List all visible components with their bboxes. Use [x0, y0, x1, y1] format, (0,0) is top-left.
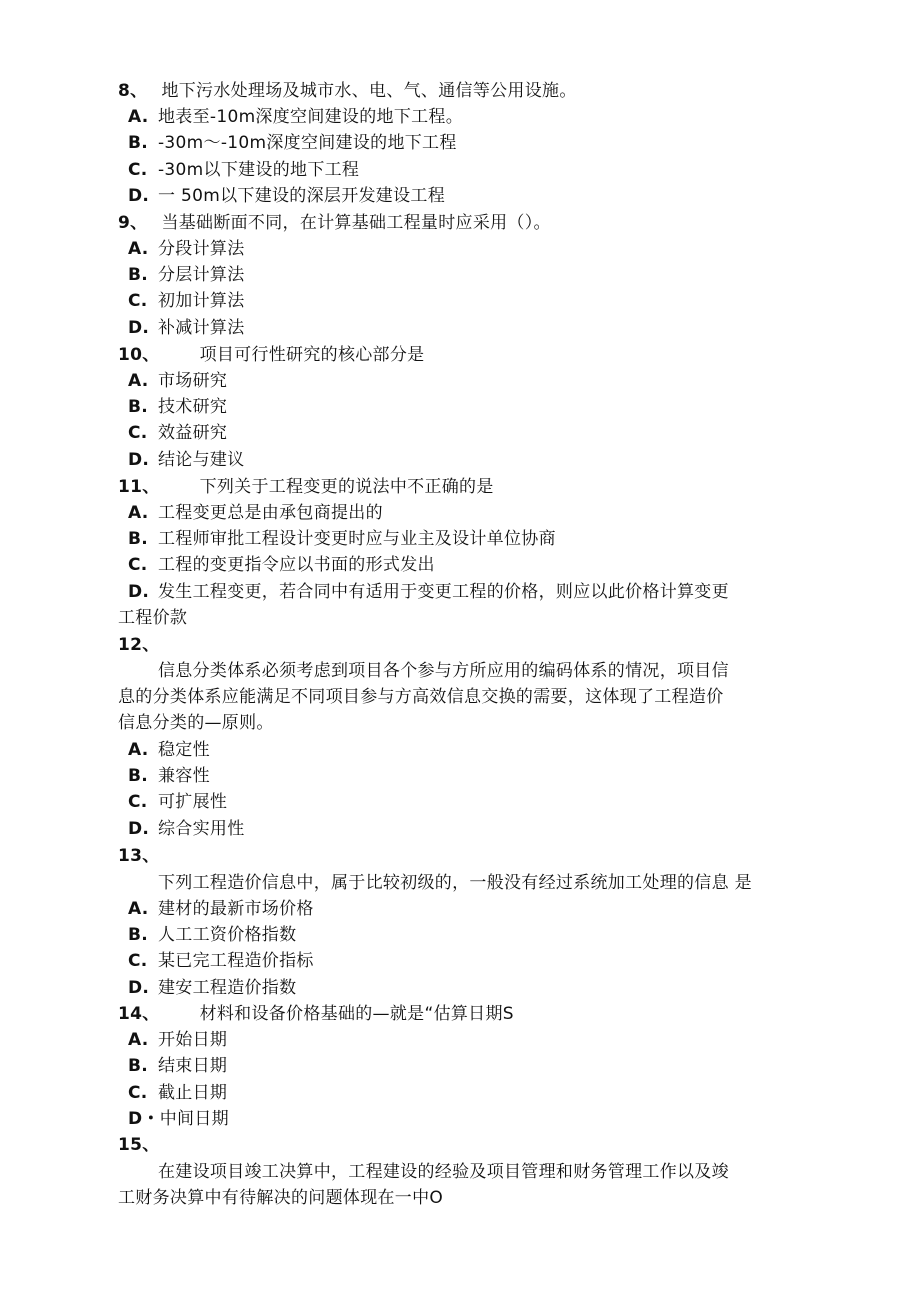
option-text: 效益研究: [158, 423, 227, 443]
option-text: 发生工程变更，若合同中有适用于变更工程的价格，则应以此价格计算变更: [158, 582, 729, 602]
option-text: 初加计算法: [158, 291, 245, 311]
question-text: 材料和设备价格基础的—就是“估算日期S: [200, 1004, 514, 1024]
option-11c: C.工程的变更指令应以书面的形式发出: [128, 552, 435, 578]
option-8a: A.地表至-10m深度空间建设的地下工程。: [128, 104, 463, 130]
question-12-stem-line-1: 信息分类体系必须考虑到项目各个参与方所应用的编码体系的情况，项目信: [158, 658, 729, 684]
question-15-stem-line-2: 工财务决算中有待解决的问题体现在一中O: [118, 1185, 443, 1211]
question-11-stem: 11、下列关于工程变更的说法中不正确的是: [118, 474, 494, 500]
option-label: B.: [128, 526, 158, 552]
option-label: D・: [128, 1106, 160, 1132]
option-text: 人工工资价格指数: [158, 925, 296, 945]
question-text: 项目可行性研究的核心部分是: [200, 345, 425, 365]
option-label: D.: [128, 183, 158, 209]
option-label: D.: [128, 975, 158, 1001]
option-9d: D.补减计算法: [128, 315, 245, 341]
option-12b: B.兼容性: [128, 763, 210, 789]
option-label: C.: [128, 948, 158, 974]
document-page: 8、地下污水处理场及城市水、电、气、通信等公用设施。 A.地表至-10m深度空间…: [0, 0, 920, 1301]
question-number: 14、: [118, 1004, 160, 1024]
option-label: D.: [128, 816, 158, 842]
option-14a: A.开始日期: [128, 1027, 227, 1053]
option-text: -30m以下建设的地下工程: [158, 160, 359, 180]
question-number: 9、: [118, 213, 147, 233]
question-9-stem: 9、当基础断面不同，在计算基础工程量时应采用（）。: [118, 210, 551, 236]
option-label: A.: [128, 1027, 158, 1053]
option-label: B.: [128, 763, 158, 789]
question-number: 8、: [118, 81, 147, 101]
option-label: D.: [128, 315, 158, 341]
option-9c: C.初加计算法: [128, 288, 245, 314]
option-12c: C.可扩展性: [128, 789, 227, 815]
question-number: 11、: [118, 477, 160, 497]
option-label: C.: [128, 420, 158, 446]
question-12-stem-line-2: 息的分类体系应能满足不同项目参与方高效信息交换的需要，这体现了工程造价: [118, 684, 724, 710]
option-text: -30m～-10m深度空间建设的地下工程: [158, 133, 457, 153]
option-label: A.: [128, 737, 158, 763]
option-label: B.: [128, 130, 158, 156]
option-text: 市场研究: [158, 371, 227, 391]
option-label: C.: [128, 1080, 158, 1106]
option-13d: D.建安工程造价指数: [128, 975, 296, 1001]
option-label: B.: [128, 1053, 158, 1079]
option-text: 结束日期: [158, 1056, 227, 1076]
option-text: 稳定性: [158, 740, 210, 760]
option-label: C.: [128, 789, 158, 815]
question-15-number: 15、: [118, 1132, 160, 1158]
question-number: 10、: [118, 345, 160, 365]
option-label: C.: [128, 288, 158, 314]
option-label: B.: [128, 394, 158, 420]
option-label: D.: [128, 447, 158, 473]
option-13b: B.人工工资价格指数: [128, 922, 296, 948]
option-12a: A.稳定性: [128, 737, 210, 763]
option-text: 建安工程造价指数: [158, 978, 296, 998]
option-11d: D.发生工程变更，若合同中有适用于变更工程的价格，则应以此价格计算变更: [128, 579, 729, 605]
option-11d-continuation: 工程价款: [118, 605, 187, 631]
question-8-stem: 8、地下污水处理场及城市水、电、气、通信等公用设施。: [118, 78, 577, 104]
option-label: A.: [128, 368, 158, 394]
option-8c: C.-30m以下建设的地下工程: [128, 157, 359, 183]
option-text: 兼容性: [158, 766, 210, 786]
option-label: C.: [128, 157, 158, 183]
option-text: 建材的最新市场价格: [158, 899, 314, 919]
option-text: 可扩展性: [158, 792, 227, 812]
option-10a: A.市场研究: [128, 368, 227, 394]
question-text: 当基础断面不同，在计算基础工程量时应采用（）。: [161, 213, 550, 233]
option-10d: D.结论与建议: [128, 447, 245, 473]
option-14c: C.截止日期: [128, 1080, 227, 1106]
option-13a: A.建材的最新市场价格: [128, 896, 314, 922]
option-12d: D.综合实用性: [128, 816, 245, 842]
option-label: B.: [128, 262, 158, 288]
option-text: 综合实用性: [158, 819, 245, 839]
option-label: D.: [128, 579, 158, 605]
option-10c: C.效益研究: [128, 420, 227, 446]
option-label: A.: [128, 500, 158, 526]
option-text: 工程变更总是由承包商提出的: [158, 503, 383, 523]
option-text: 补减计算法: [158, 318, 245, 338]
option-11b: B.工程师审批工程设计变更时应与业主及设计单位协商: [128, 526, 556, 552]
option-10b: B.技术研究: [128, 394, 227, 420]
option-label: A.: [128, 104, 158, 130]
option-text: 工程的变更指令应以书面的形式发出: [158, 555, 435, 575]
question-13-stem-line-1: 下列工程造价信息中，属于比较初级的，一般没有经过系统加工处理的信息 是: [158, 870, 752, 896]
option-text: 工程师审批工程设计变更时应与业主及设计单位协商: [158, 529, 556, 549]
question-13-number: 13、: [118, 843, 160, 869]
option-label: C.: [128, 552, 158, 578]
option-text: 开始日期: [158, 1030, 227, 1050]
option-8d: D.一 50m以下建设的深层开发建设工程: [128, 183, 445, 209]
option-9a: A.分段计算法: [128, 236, 245, 262]
option-text: 分层计算法: [158, 265, 245, 285]
option-text: 某已完工程造价指标: [158, 951, 314, 971]
question-12-stem-line-3: 信息分类的—原则。: [118, 710, 274, 736]
option-8b: B.-30m～-10m深度空间建设的地下工程: [128, 130, 457, 156]
option-text: 一 50m以下建设的深层开发建设工程: [158, 186, 445, 206]
question-text: 下列关于工程变更的说法中不正确的是: [200, 477, 494, 497]
option-label: B.: [128, 922, 158, 948]
option-text: 中间日期: [160, 1109, 229, 1129]
option-text: 分段计算法: [158, 239, 245, 259]
option-13c: C.某已完工程造价指标: [128, 948, 314, 974]
option-label: A.: [128, 236, 158, 262]
option-14b: B.结束日期: [128, 1053, 227, 1079]
option-text: 地表至-10m深度空间建设的地下工程。: [158, 107, 463, 127]
option-11a: A.工程变更总是由承包商提出的: [128, 500, 383, 526]
option-text: 结论与建议: [158, 450, 245, 470]
option-text: 截止日期: [158, 1083, 227, 1103]
question-14-stem: 14、材料和设备价格基础的—就是“估算日期S: [118, 1001, 514, 1027]
option-text: 技术研究: [158, 397, 227, 417]
question-12-number: 12、: [118, 632, 160, 658]
option-label: A.: [128, 896, 158, 922]
question-15-stem-line-1: 在建设项目竣工决算中，工程建设的经验及项目管理和财务管理工作以及竣: [158, 1159, 729, 1185]
option-14d: D・中间日期: [128, 1106, 229, 1132]
option-9b: B.分层计算法: [128, 262, 245, 288]
question-10-stem: 10、项目可行性研究的核心部分是: [118, 342, 424, 368]
question-text: 地下污水处理场及城市水、电、气、通信等公用设施。: [161, 81, 576, 101]
